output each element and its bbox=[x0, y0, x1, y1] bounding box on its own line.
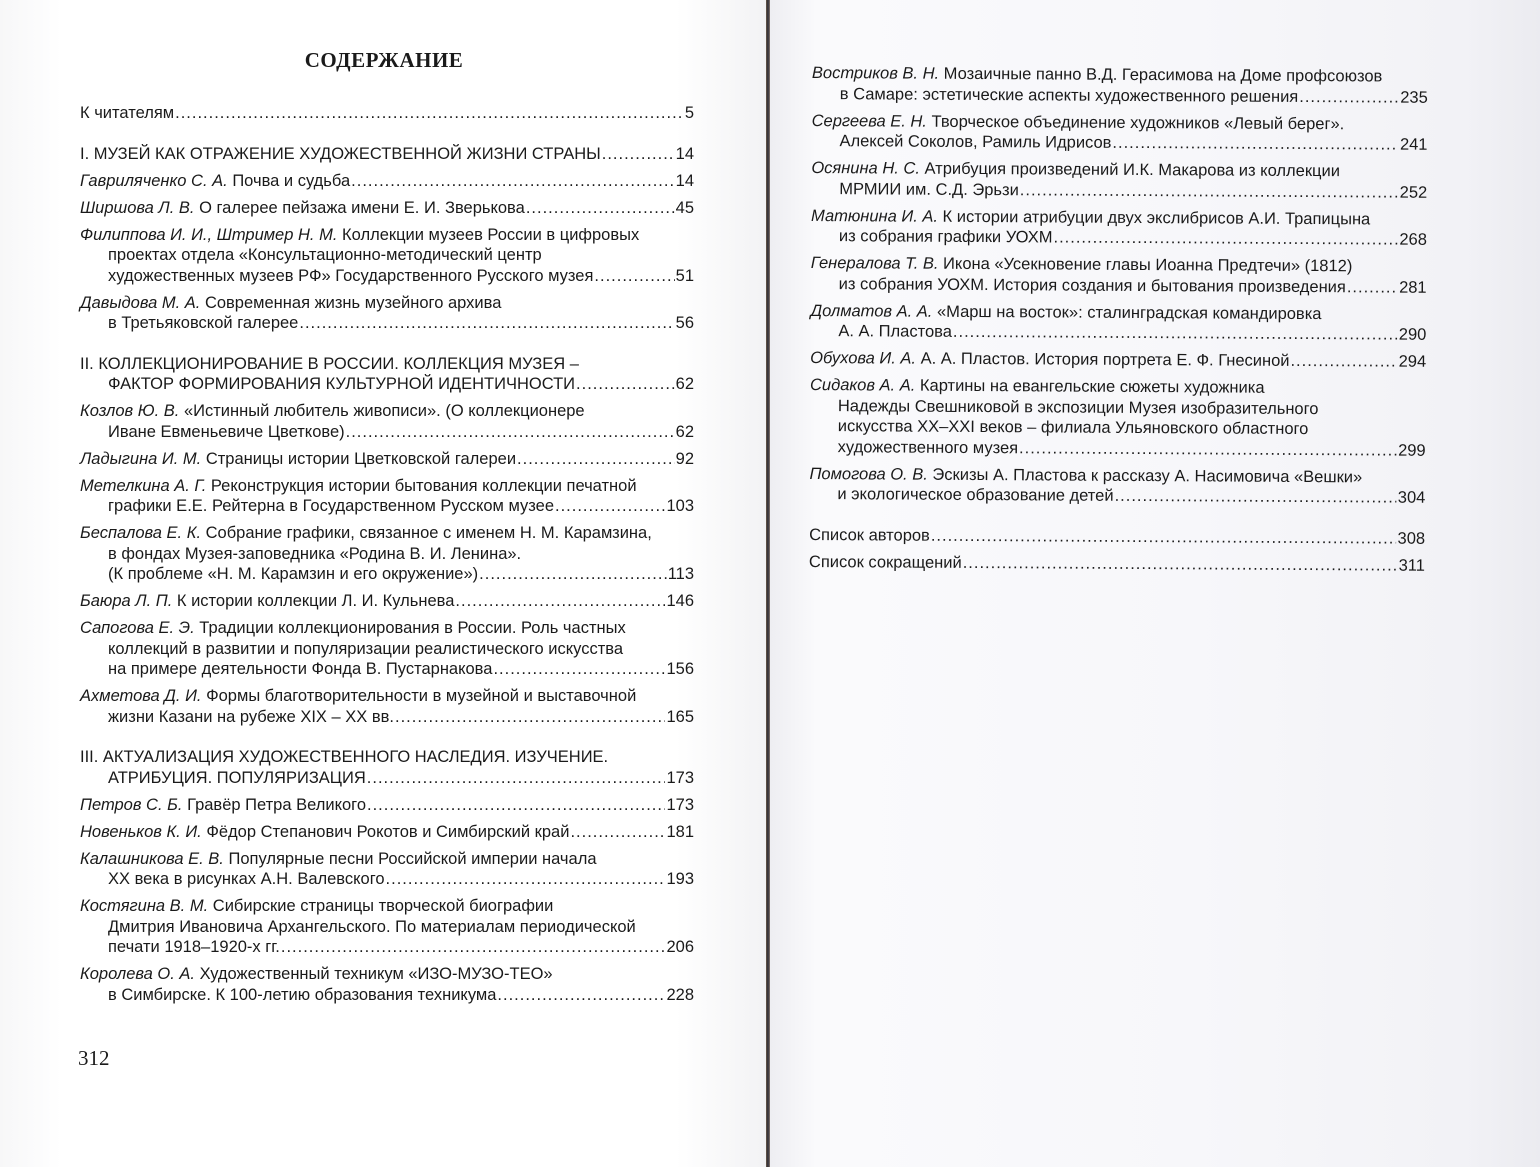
toc-entry-title: К истории атрибуции двух экслибрисов А.И… bbox=[943, 207, 1371, 228]
toc-page-number: 281 bbox=[1399, 277, 1427, 298]
toc-entry-article[interactable]: Матюнина И. А. К истории атрибуции двух … bbox=[811, 205, 1427, 250]
dot-leader bbox=[526, 198, 675, 219]
toc-entry-plain[interactable]: Список сокращений311 bbox=[809, 551, 1425, 575]
toc-entry-text: Гавриляченко С. А. Почва и судьба bbox=[80, 171, 350, 192]
toc-entry-line: художественных музеев РФ» Государственно… bbox=[80, 266, 694, 287]
toc-entry-author: Осянина Н. С. bbox=[811, 159, 920, 178]
toc-entry-author: Ахметова Д. И. bbox=[80, 687, 201, 705]
toc-entry-text: жизни Казани на рубеже XIX – XX вв. bbox=[108, 707, 394, 728]
toc-entry-article[interactable]: Ширшова Л. В. О галерее пейзажа имени Е.… bbox=[80, 198, 694, 219]
toc-entry-line: Козлов Ю. В. «Истинный любитель живописи… bbox=[80, 401, 694, 422]
entry-spacer bbox=[80, 334, 694, 354]
toc-entry-title: АТРИБУЦИЯ. ПОПУЛЯРИЗАЦИЯ bbox=[108, 769, 366, 787]
dot-leader bbox=[367, 768, 666, 789]
toc-entry-title: искусства XX–XXI веков – филиала Ульянов… bbox=[838, 417, 1309, 438]
toc-entry-author: Сапогова Е. Э. bbox=[80, 619, 195, 637]
toc-entry-article[interactable]: Костягина В. М. Сибирские страницы творч… bbox=[80, 896, 694, 958]
entry-spacer bbox=[80, 124, 694, 144]
dot-leader bbox=[351, 171, 674, 192]
toc-entry-article[interactable]: Долматов А. А. «Марш на восток»: сталинг… bbox=[810, 300, 1426, 345]
toc-entry-title: Иване Евменьевиче Цветкове) bbox=[108, 423, 345, 441]
toc-entry-text: (К проблеме «Н. М. Карамзин и его окруже… bbox=[108, 564, 478, 585]
toc-page-number: 268 bbox=[1399, 230, 1427, 251]
toc-entry-line: А. А. Пластова290 bbox=[810, 321, 1426, 345]
toc-entry-section[interactable]: I. МУЗЕЙ КАК ОТРАЖЕНИЕ ХУДОЖЕСТВЕННОЙ ЖИ… bbox=[80, 144, 694, 165]
dot-leader bbox=[1299, 86, 1399, 107]
toc-entry-line: Новеньков К. И. Фёдор Степанович Рокотов… bbox=[80, 822, 694, 843]
toc-entry-text: Ладыгина И. М. Страницы истории Цветковс… bbox=[80, 449, 516, 470]
dot-leader bbox=[1112, 133, 1399, 155]
dot-leader bbox=[555, 496, 665, 517]
toc-entry-article[interactable]: Филиппова И. И., Штример Н. М. Коллекции… bbox=[80, 225, 694, 287]
dot-leader bbox=[1347, 277, 1398, 298]
toc-entry-title: в фондах Музея-заповедника «Родина В. И.… bbox=[108, 545, 521, 563]
toc-entry-article[interactable]: Обухова И. А. А. А. Пластов. История пор… bbox=[810, 348, 1426, 372]
toc-page-number: 113 bbox=[668, 564, 694, 585]
toc-entry-line: художественного музея299 bbox=[810, 436, 1426, 460]
toc-entry-title: художественных музеев РФ» Государственно… bbox=[108, 267, 593, 285]
toc-page-number: 299 bbox=[1398, 440, 1426, 461]
toc-entry-article[interactable]: Давыдова М. А. Современная жизнь музейно… bbox=[80, 293, 694, 334]
toc-entry-line: графики Е.Е. Рейтерна в Государственном … bbox=[80, 496, 694, 517]
toc-entry-article[interactable]: Сапогова Е. Э. Традиции коллекционирован… bbox=[80, 618, 694, 680]
toc-entry-title: «Марш на восток»: сталинградская команди… bbox=[937, 302, 1322, 322]
toc-entry-text: печати 1918–1920-х гг. bbox=[108, 937, 280, 958]
page-number-left: 312 bbox=[78, 1046, 110, 1071]
toc-entry-article[interactable]: Генералова Т. В. Икона «Усекновение глав… bbox=[811, 253, 1427, 298]
toc-entry-line: Филиппова И. И., Штример Н. М. Коллекции… bbox=[80, 225, 694, 246]
entry-spacer bbox=[80, 727, 694, 747]
toc-entry-title: К читателям bbox=[80, 104, 174, 122]
toc-entry-title: Атрибуция произведений И.К. Макарова из … bbox=[924, 160, 1340, 181]
toc-entry-title: (К проблеме «Н. М. Карамзин и его окруже… bbox=[108, 565, 478, 583]
toc-entry-line: Иване Евменьевиче Цветкове)62 bbox=[80, 422, 694, 443]
dot-leader bbox=[281, 937, 666, 958]
toc-entry-title: Список сокращений bbox=[809, 552, 962, 571]
toc-page-number: 92 bbox=[676, 449, 694, 470]
toc-entry-line: Ширшова Л. В. О галерее пейзажа имени Е.… bbox=[80, 198, 694, 219]
toc-entry-author: Калашникова Е. В. bbox=[80, 850, 224, 868]
toc-page-number: 5 bbox=[685, 103, 694, 124]
dot-leader bbox=[1019, 438, 1397, 461]
toc-entry-author: Востриков В. Н. bbox=[812, 64, 939, 83]
toc-entry-text: Алексей Соколов, Рамиль Идрисов bbox=[839, 131, 1111, 153]
dot-leader bbox=[963, 552, 1398, 575]
toc-entry-text: К читателям bbox=[80, 103, 174, 124]
dot-leader bbox=[455, 591, 665, 612]
toc-entry-text: художественного музея bbox=[838, 437, 1019, 459]
dot-leader bbox=[299, 313, 674, 334]
toc-entry-line: Королева О. А. Художественный техникум «… bbox=[80, 964, 694, 985]
toc-entry-text: и экологическое образование детей bbox=[837, 484, 1113, 506]
toc-entry-text: XX века в рисунках А.Н. Валевского bbox=[108, 869, 385, 890]
toc-page-number: 146 bbox=[666, 591, 694, 612]
toc-entry-text: ФАКТОР ФОРМИРОВАНИЯ КУЛЬТУРНОЙ ИДЕНТИЧНО… bbox=[108, 374, 575, 395]
toc-entry-line: Ахметова Д. И. Формы благотворительности… bbox=[80, 686, 694, 707]
toc-entry-line: в Самаре: эстетические аспекты художеств… bbox=[812, 83, 1428, 107]
toc-entry-author: Генералова Т. В. bbox=[811, 254, 939, 273]
toc-entry-text: Ширшова Л. В. О галерее пейзажа имени Е.… bbox=[80, 198, 525, 219]
toc-entry-article[interactable]: Королева О. А. Художественный техникум «… bbox=[80, 964, 694, 1005]
toc-entry-author: Костягина В. М. bbox=[80, 897, 208, 915]
toc-entry-article[interactable]: Беспалова Е. К. Собрание графики, связан… bbox=[80, 523, 694, 585]
toc-entry-title: «Истинный любитель живописи». (О коллекц… bbox=[184, 402, 585, 420]
toc-entry-title: К истории коллекции Л. И. Кульнева bbox=[177, 592, 455, 610]
toc-entry-text: Список авторов bbox=[809, 524, 930, 545]
toc-entry-line: МРМИИ им. С.Д. Эрьзи252 bbox=[811, 178, 1427, 202]
dot-leader bbox=[1053, 227, 1398, 250]
toc-entry-text: художественных музеев РФ» Государственно… bbox=[108, 266, 593, 287]
toc-entry-line: I. МУЗЕЙ КАК ОТРАЖЕНИЕ ХУДОЖЕСТВЕННОЙ ЖИ… bbox=[80, 144, 694, 165]
toc-entry-title: Почва и судьба bbox=[232, 172, 350, 190]
toc-entry-title: Картины на евангельские сюжеты художника bbox=[920, 377, 1265, 397]
toc-entry-author: Метелкина А. Г. bbox=[80, 477, 206, 495]
toc-entry-article[interactable]: Осянина Н. С. Атрибуция произведений И.К… bbox=[811, 158, 1427, 203]
toc-entry-title: Традиции коллекционирования в России. Ро… bbox=[199, 619, 625, 637]
toc-entry-line: Метелкина А. Г. Реконструкция истории бы… bbox=[80, 476, 694, 497]
toc-page-number: 45 bbox=[676, 198, 694, 219]
toc-entry-title: Коллекции музеев России в цифровых bbox=[342, 226, 639, 244]
toc-entry-title: Фёдор Степанович Рокотов и Симбирский кр… bbox=[206, 823, 569, 841]
left-page: СОДЕРЖАНИЕ К читателям5I. МУЗЕЙ КАК ОТРА… bbox=[0, 0, 768, 1167]
toc-entry-title: II. КОЛЛЕКЦИОНИРОВАНИЕ В РОССИИ. КОЛЛЕКЦ… bbox=[80, 355, 579, 373]
dot-leader bbox=[1020, 180, 1399, 203]
toc-entry-author: Новеньков К. И. bbox=[80, 823, 202, 841]
toc-entry-line: Список сокращений311 bbox=[809, 551, 1425, 575]
toc-entry-article[interactable]: Помогова О. В. Эскизы А. Пластова к расс… bbox=[809, 463, 1425, 508]
toc-entry-title: из собрания УОХМ. История создания и быт… bbox=[839, 275, 1346, 296]
dot-leader bbox=[493, 659, 665, 680]
toc-entry-line: XX века в рисунках А.Н. Валевского193 bbox=[80, 869, 694, 890]
toc-page-number: 304 bbox=[1398, 488, 1426, 509]
toc-entry-line: ФАКТОР ФОРМИРОВАНИЯ КУЛЬТУРНОЙ ИДЕНТИЧНО… bbox=[80, 374, 694, 395]
dot-leader bbox=[953, 322, 1398, 345]
toc-entry-title: графики Е.Е. Рейтерна в Государственном … bbox=[108, 497, 554, 515]
toc-entry-author: Ладыгина И. М. bbox=[80, 450, 201, 468]
toc-entry-author: Сидаков А. А. bbox=[810, 376, 915, 395]
toc-page-number: 173 bbox=[666, 768, 694, 789]
toc-entry-text: в Самаре: эстетические аспекты художеств… bbox=[840, 84, 1299, 107]
toc-entry-line: Ладыгина И. М. Страницы истории Цветковс… bbox=[80, 449, 694, 470]
toc-entry-title: в Самаре: эстетические аспекты художеств… bbox=[840, 85, 1299, 106]
toc-entry-author: Матюнина И. А. bbox=[811, 206, 938, 225]
toc-entry-section[interactable]: II. КОЛЛЕКЦИОНИРОВАНИЕ В РОССИИ. КОЛЛЕКЦ… bbox=[80, 354, 694, 395]
toc-page-number: 62 bbox=[676, 422, 694, 443]
toc-entry-title: Дмитрия Ивановича Архангельского. По мат… bbox=[108, 918, 636, 936]
toc-entry-text: из собрания УОХМ. История создания и быт… bbox=[839, 274, 1346, 298]
toc-page-number: 241 bbox=[1400, 135, 1428, 156]
dot-leader bbox=[497, 985, 665, 1006]
toc-entry-line: на примере деятельности Фонда В. Пустарн… bbox=[80, 659, 694, 680]
toc-entry-text: I. МУЗЕЙ КАК ОТРАЖЕНИЕ ХУДОЖЕСТВЕННОЙ ЖИ… bbox=[80, 144, 601, 165]
toc-entry-author: Козлов Ю. В. bbox=[80, 402, 179, 420]
dot-leader bbox=[346, 422, 675, 443]
toc-page-number: 14 bbox=[676, 171, 694, 192]
toc-entry-article[interactable]: Ладыгина И. М. Страницы истории Цветковс… bbox=[80, 449, 694, 470]
toc-page-number: 173 bbox=[666, 795, 694, 816]
toc-entry-text: из собрания графики УОХМ bbox=[839, 226, 1053, 248]
toc-entry-author: Баюра Л. П. bbox=[80, 592, 172, 610]
dot-leader bbox=[570, 822, 665, 843]
toc-entry-author: Долматов А. А. bbox=[810, 301, 932, 320]
toc-entry-plain[interactable]: К читателям5 bbox=[80, 103, 694, 124]
toc-entry-article[interactable]: Сергеева Е. Н. Творческое объединение ху… bbox=[811, 110, 1427, 155]
dot-leader bbox=[594, 266, 674, 287]
toc-entry-title: художественного музея bbox=[838, 438, 1019, 457]
dot-leader bbox=[1290, 351, 1397, 372]
toc-entry-title: XX века в рисунках А.Н. Валевского bbox=[108, 870, 385, 888]
toc-entry-article[interactable]: Гавриляченко С. А. Почва и судьба14 bbox=[80, 171, 694, 192]
toc-entry-title: Гравёр Петра Великого bbox=[187, 796, 366, 814]
dot-leader bbox=[1115, 486, 1397, 508]
toc-entry-section[interactable]: III. АКТУАЛИЗАЦИЯ ХУДОЖЕСТВЕННОГО НАСЛЕД… bbox=[80, 747, 694, 788]
toc-entry-line: в фондах Музея-заповедника «Родина В. И.… bbox=[80, 544, 694, 565]
toc-entry-title: коллекций в развитии и популяризации реа… bbox=[108, 640, 623, 658]
toc-page-number: 252 bbox=[1400, 182, 1428, 203]
toc-entry-article[interactable]: Востриков В. Н. Мозаичные панно В.Д. Гер… bbox=[812, 63, 1428, 108]
toc-entry-plain[interactable]: Список авторов308 bbox=[809, 524, 1425, 548]
toc-entry-title: О галерее пейзажа имени Е. И. Зверькова bbox=[199, 199, 525, 217]
toc-entry-title: Формы благотворительности в музейной и в… bbox=[206, 687, 636, 705]
toc-page-number: 228 bbox=[666, 985, 694, 1006]
toc-entry-title: А. А. Пластов. История портрета Е. Ф. Гн… bbox=[921, 350, 1290, 370]
toc-entry-line: АТРИБУЦИЯ. ПОПУЛЯРИЗАЦИЯ173 bbox=[80, 768, 694, 789]
toc-entry-article[interactable]: Новеньков К. И. Фёдор Степанович Рокотов… bbox=[80, 822, 694, 843]
toc-page-number: 156 bbox=[666, 659, 694, 680]
toc-entry-line: (К проблеме «Н. М. Карамзин и его окруже… bbox=[80, 564, 694, 585]
toc-entry-line: Дмитрия Ивановича Архангельского. По мат… bbox=[80, 917, 694, 938]
toc-entry-line: II. КОЛЛЕКЦИОНИРОВАНИЕ В РОССИИ. КОЛЛЕКЦ… bbox=[80, 354, 694, 375]
toc-entry-line: жизни Казани на рубеже XIX – XX вв.165 bbox=[80, 707, 694, 728]
toc-entry-text: в Третьяковской галерее bbox=[108, 313, 298, 334]
toc-entry-line: из собрания графики УОХМ268 bbox=[811, 226, 1427, 250]
toc-entry-title: в Симбирске. К 100-летию образования тех… bbox=[108, 986, 496, 1004]
toc-entry-title: Сибирские страницы творческой биографии bbox=[213, 897, 554, 915]
toc-page-number: 56 bbox=[676, 313, 694, 334]
toc-entry-title: Алексей Соколов, Рамиль Идрисов bbox=[839, 132, 1111, 152]
toc-entry-text: А. А. Пластова bbox=[838, 321, 952, 342]
toc-entry-line: коллекций в развитии и популяризации реа… bbox=[80, 639, 694, 660]
toc-page-number: 62 bbox=[676, 374, 694, 395]
toc-entry-line: Беспалова Е. К. Собрание графики, связан… bbox=[80, 523, 694, 544]
toc-page-number: 14 bbox=[676, 144, 694, 165]
toc-list-left: К читателям5I. МУЗЕЙ КАК ОТРАЖЕНИЕ ХУДОЖ… bbox=[80, 103, 694, 1005]
toc-entry-author: Помогова О. В. bbox=[809, 464, 927, 483]
toc-entry-line: Гавриляченко С. А. Почва и судьба14 bbox=[80, 171, 694, 192]
toc-entry-line: III. АКТУАЛИЗАЦИЯ ХУДОЖЕСТВЕННОГО НАСЛЕД… bbox=[80, 747, 694, 768]
toc-entry-title: Страницы истории Цветковской галереи bbox=[206, 450, 516, 468]
toc-entry-title: на примере деятельности Фонда В. Пустарн… bbox=[108, 660, 492, 678]
toc-entry-title: Современная жизнь музейного архива bbox=[205, 294, 501, 312]
toc-entry-author: Сергеева Е. Н. bbox=[812, 111, 927, 130]
toc-entry-title: из собрания графики УОХМ bbox=[839, 227, 1053, 246]
toc-entry-text: Список сокращений bbox=[809, 551, 962, 572]
toc-page-number: 206 bbox=[666, 937, 694, 958]
toc-entry-text: Иване Евменьевиче Цветкове) bbox=[108, 422, 345, 443]
toc-entry-text: Баюра Л. П. К истории коллекции Л. И. Ку… bbox=[80, 591, 454, 612]
toc-page-number: 165 bbox=[666, 707, 694, 728]
toc-entry-title: III. АКТУАЛИЗАЦИЯ ХУДОЖЕСТВЕННОГО НАСЛЕД… bbox=[80, 748, 608, 766]
toc-entry-text: АТРИБУЦИЯ. ПОПУЛЯРИЗАЦИЯ bbox=[108, 768, 366, 789]
toc-entry-title: в Третьяковской галерее bbox=[108, 314, 298, 332]
toc-entry-author: Обухова И. А. bbox=[810, 349, 916, 368]
toc-entry-title: А. А. Пластова bbox=[838, 322, 952, 341]
toc-page-number: 193 bbox=[666, 869, 694, 890]
toc-entry-author: Королева О. А. bbox=[80, 965, 195, 983]
toc-entry-author: Давыдова М. А. bbox=[80, 294, 200, 312]
toc-page-number: 290 bbox=[1399, 325, 1427, 346]
toc-entry-title: Популярные песни Российской империи нача… bbox=[229, 850, 597, 868]
toc-entry-title: жизни Казани на рубеже XIX – XX вв. bbox=[108, 708, 394, 726]
toc-entry-line: Давыдова М. А. Современная жизнь музейно… bbox=[80, 293, 694, 314]
toc-entry-line: Сапогова Е. Э. Традиции коллекционирован… bbox=[80, 618, 694, 639]
toc-page-number: 235 bbox=[1400, 87, 1428, 108]
toc-entry-author: Гавриляченко С. А. bbox=[80, 172, 228, 190]
toc-entry-title: МРМИИ им. С.Д. Эрьзи bbox=[839, 180, 1019, 199]
toc-entry-title: Мозаичные панно В.Д. Герасимова на Доме … bbox=[944, 65, 1383, 86]
toc-entry-text: Петров С. Б. Гравёр Петра Великого bbox=[80, 795, 366, 816]
toc-entry-title: I. МУЗЕЙ КАК ОТРАЖЕНИЕ ХУДОЖЕСТВЕННОЙ ЖИ… bbox=[80, 145, 601, 163]
toc-entry-author: Петров С. Б. bbox=[80, 796, 182, 814]
toc-entry-article[interactable]: Сидаков А. А. Картины на евангельские сю… bbox=[810, 375, 1426, 461]
toc-list-right: Востриков В. Н. Мозаичные панно В.Д. Гер… bbox=[809, 63, 1428, 576]
toc-entry-text: Новеньков К. И. Фёдор Степанович Рокотов… bbox=[80, 822, 569, 843]
dot-leader bbox=[479, 564, 667, 585]
toc-entry-article[interactable]: Петров С. Б. Гравёр Петра Великого173 bbox=[80, 795, 694, 816]
dot-leader bbox=[602, 144, 675, 165]
toc-entry-line: Петров С. Б. Гравёр Петра Великого173 bbox=[80, 795, 694, 816]
toc-entry-text: Обухова И. А. А. А. Пластов. История пор… bbox=[810, 348, 1289, 371]
toc-entry-line: в Симбирске. К 100-летию образования тех… bbox=[80, 985, 694, 1006]
toc-entry-author: Ширшова Л. В. bbox=[80, 199, 195, 217]
toc-entry-line: печати 1918–1920-х гг.206 bbox=[80, 937, 694, 958]
toc-entry-line: Калашникова Е. В. Популярные песни Росси… bbox=[80, 849, 694, 870]
toc-title: СОДЕРЖАНИЕ bbox=[0, 48, 768, 73]
toc-entry-title: проектах отдела «Консультационно-методич… bbox=[108, 246, 542, 264]
toc-entry-title: Эскизы А. Пластова к рассказу А. Насимов… bbox=[932, 465, 1362, 486]
toc-entry-line: и экологическое образование детей304 bbox=[809, 484, 1425, 508]
toc-entry-title: Икона «Усекновение главы Иоанна Предтечи… bbox=[943, 255, 1352, 275]
toc-entry-text: МРМИИ им. С.Д. Эрьзи bbox=[839, 179, 1019, 201]
toc-entry-title: и экологическое образование детей bbox=[837, 485, 1113, 505]
dot-leader bbox=[576, 374, 675, 395]
toc-entry-text: на примере деятельности Фонда В. Пустарн… bbox=[108, 659, 492, 680]
toc-entry-line: проектах отдела «Консультационно-методич… bbox=[80, 245, 694, 266]
toc-page-number: 308 bbox=[1398, 528, 1426, 549]
toc-entry-text: в Симбирске. К 100-летию образования тех… bbox=[108, 985, 496, 1006]
dot-leader bbox=[367, 795, 665, 816]
toc-entry-article[interactable]: Метелкина А. Г. Реконструкция истории бы… bbox=[80, 476, 694, 517]
dot-leader bbox=[395, 707, 665, 728]
toc-entry-line: Баюра Л. П. К истории коллекции Л. И. Ку… bbox=[80, 591, 694, 612]
toc-entry-title: Список авторов bbox=[809, 525, 930, 544]
dot-leader bbox=[931, 525, 1397, 548]
toc-entry-title: Творческое объединение художников «Левый… bbox=[931, 112, 1344, 133]
toc-entry-article[interactable]: Баюра Л. П. К истории коллекции Л. И. Ку… bbox=[80, 591, 694, 612]
toc-entry-title: Художественный техникум «ИЗО-МУЗО-ТЕО» bbox=[200, 965, 553, 983]
toc-entry-line: Алексей Соколов, Рамиль Идрисов241 bbox=[811, 131, 1427, 155]
toc-page-number: 181 bbox=[666, 822, 694, 843]
dot-leader bbox=[386, 869, 666, 890]
toc-entry-text: графики Е.Е. Рейтерна в Государственном … bbox=[108, 496, 554, 517]
toc-entry-article[interactable]: Калашникова Е. В. Популярные песни Росси… bbox=[80, 849, 694, 890]
toc-entry-article[interactable]: Козлов Ю. В. «Истинный любитель живописи… bbox=[80, 401, 694, 442]
dot-leader bbox=[175, 103, 684, 124]
toc-page-number: 294 bbox=[1399, 352, 1427, 373]
toc-entry-line: Костягина В. М. Сибирские страницы творч… bbox=[80, 896, 694, 917]
toc-entry-article[interactable]: Ахметова Д. И. Формы благотворительности… bbox=[80, 686, 694, 727]
toc-entry-title: Собрание графики, связанное с именем Н. … bbox=[206, 524, 652, 542]
toc-entry-title: Реконструкция истории бытования коллекци… bbox=[211, 477, 637, 495]
dot-leader bbox=[517, 449, 675, 470]
toc-entry-line: из собрания УОХМ. История создания и быт… bbox=[811, 273, 1427, 297]
toc-entry-line: К читателям5 bbox=[80, 103, 694, 124]
toc-entry-line: в Третьяковской галерее56 bbox=[80, 313, 694, 334]
toc-entry-title: Надежды Свешниковой в экспозиции Музея и… bbox=[838, 397, 1319, 418]
toc-entry-author: Беспалова Е. К. bbox=[80, 524, 201, 542]
book-spread: СОДЕРЖАНИЕ К читателям5I. МУЗЕЙ КАК ОТРА… bbox=[0, 0, 1540, 1167]
toc-page-number: 311 bbox=[1399, 555, 1425, 576]
toc-page-number: 103 bbox=[666, 496, 694, 517]
toc-entry-title: ФАКТОР ФОРМИРОВАНИЯ КУЛЬТУРНОЙ ИДЕНТИЧНО… bbox=[108, 375, 575, 393]
toc-entry-line: Список авторов308 bbox=[809, 524, 1425, 548]
toc-entry-author: Филиппова И. И., Штример Н. М. bbox=[80, 226, 337, 244]
toc-page-number: 51 bbox=[676, 266, 694, 287]
toc-entry-line: Обухова И. А. А. А. Пластов. История пор… bbox=[810, 348, 1426, 372]
toc-entry-title: печати 1918–1920-х гг. bbox=[108, 938, 280, 956]
